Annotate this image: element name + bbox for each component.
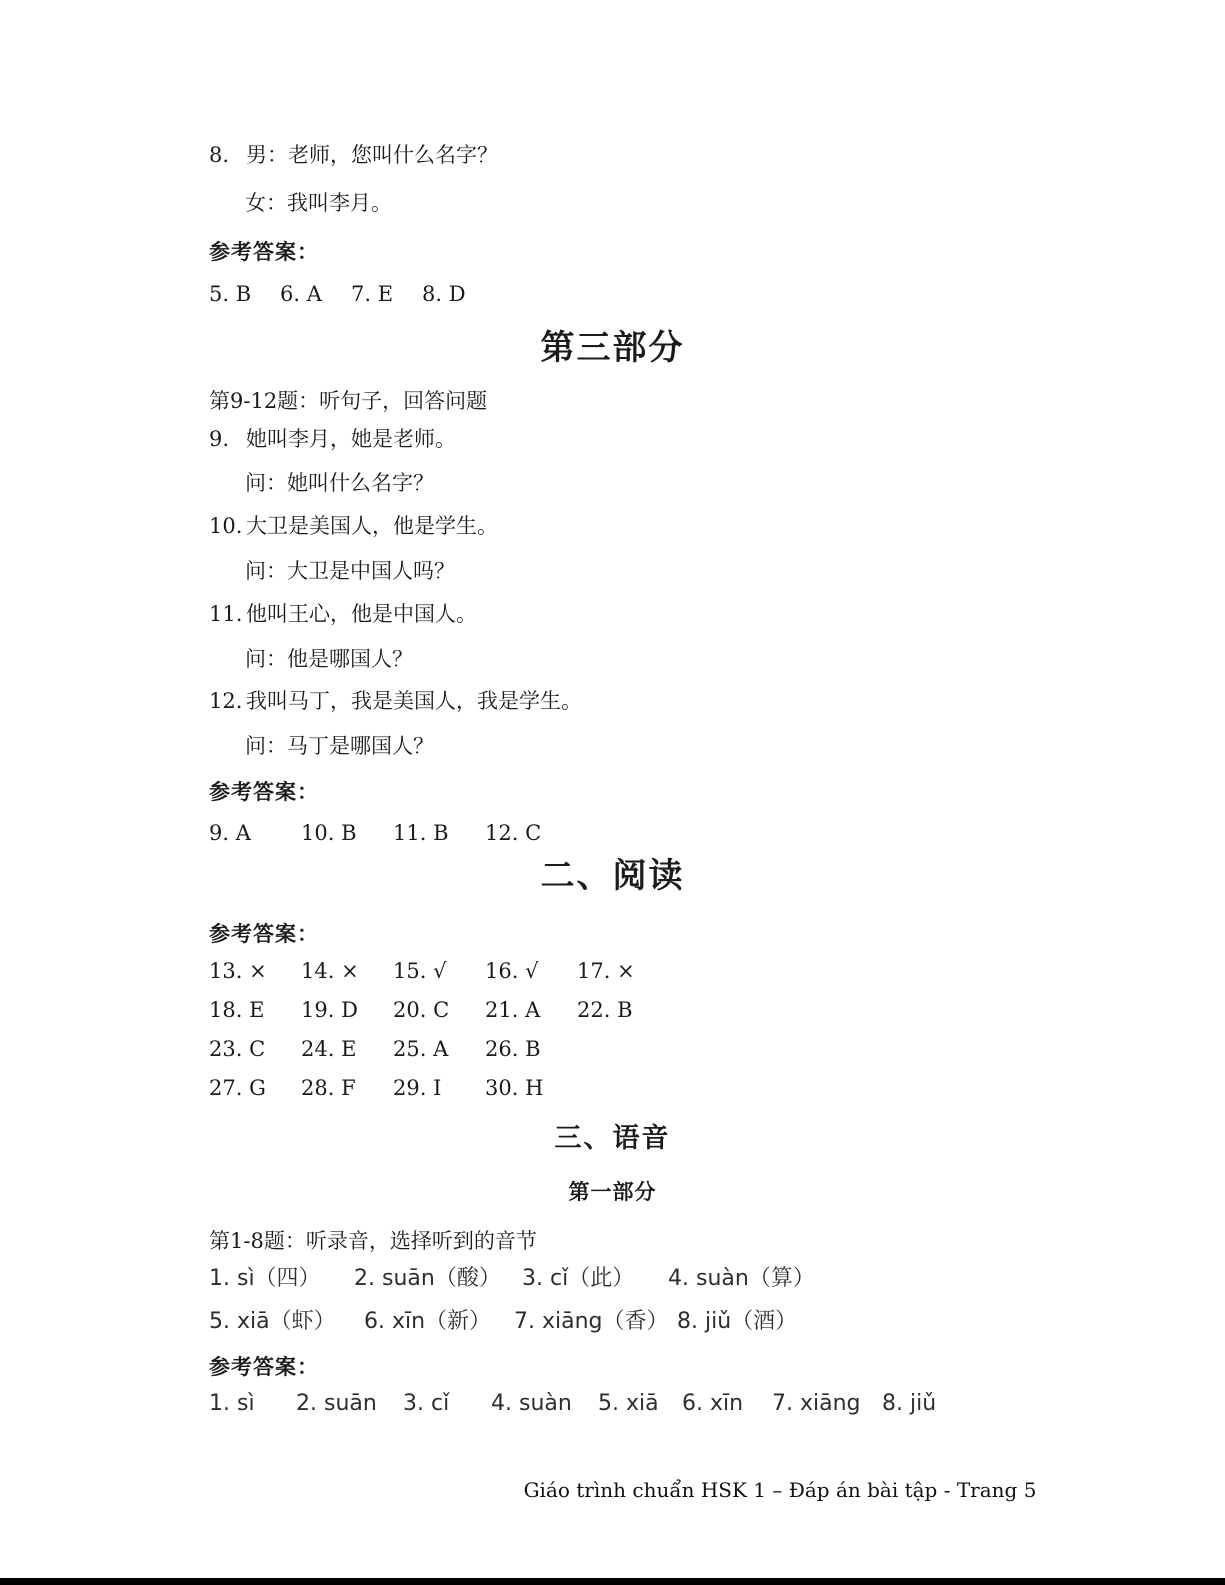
pinyin-question-cell: 5. xiā（虾） (209, 1308, 364, 1337)
pinyin-answer-cell: 3. cǐ (403, 1390, 491, 1419)
item-number: 12. (209, 688, 246, 715)
phonetics-questions-row-5-8: 5. xiā（虾）6. xīn（新）7. xiāng（香）8. jiǔ（酒） (209, 1308, 797, 1337)
answer-cell: 29. I (393, 1075, 485, 1102)
answer-cell: 16. √ (485, 958, 577, 985)
listening-item-12-question: 问：马丁是哪国人？ (245, 733, 434, 760)
listening-item-10-question: 问：大卫是中国人吗？ (245, 558, 455, 585)
answer-cell: 8. D (422, 281, 493, 308)
phonetics-part1-subheading: 第一部分 (0, 1176, 1225, 1206)
document-page: 8.男：老师，您叫什么名字？ 女：我叫李月。 参考答案： 5. B6. A7. … (0, 0, 1225, 1585)
dialog-male-text: 男：老师，您叫什么名字？ (246, 143, 498, 167)
answer-cell: 15. √ (393, 958, 485, 985)
reading-answers-row-27-30: 27. G28. F29. I30. H (209, 1075, 577, 1102)
page-footer: Giáo trình chuẩn HSK 1 – Đáp án bài tập … (524, 1478, 1037, 1502)
listening-item-11-statement: 11.他叫王心，他是中国人。 (209, 601, 477, 628)
answer-cell: 22. B (577, 997, 669, 1024)
reading-answers-row-18-22: 18. E19. D20. C21. A22. B (209, 997, 669, 1024)
answer-cell: 9. A (209, 820, 301, 847)
item-number: 8. (209, 142, 246, 169)
section-heading-reading: 二、阅读 (0, 848, 1225, 897)
phonetics-answers-row: 1. sì2. suān3. cǐ4. suàn5. xiā6. xīn7. x… (209, 1390, 936, 1419)
answer-cell: 6. A (280, 281, 351, 308)
listening-item-8-male-line: 8.男：老师，您叫什么名字？ (209, 142, 498, 169)
answer-cell: 7. E (351, 281, 422, 308)
answer-cell: 11. B (393, 820, 485, 847)
item-number: 11. (209, 601, 246, 628)
phonetics-questions-row-1-4: 1. sì（四）2. suān（酸）3. cǐ（此）4. suàn（算） (209, 1265, 815, 1294)
pinyin-question-cell: 2. suān（酸） (354, 1265, 522, 1294)
answer-cell: 21. A (485, 997, 577, 1024)
pinyin-answer-cell: 1. sì (209, 1390, 296, 1419)
statement-text: 他叫王心，他是中国人。 (246, 602, 477, 626)
item-number: 10. (209, 513, 246, 540)
answer-cell: 12. C (485, 820, 577, 847)
reading-answers-row-23-26: 23. C24. E25. A26. B (209, 1036, 577, 1063)
answer-cell: 13. × (209, 958, 301, 985)
answer-cell: 14. × (301, 958, 393, 985)
listening-item-12-statement: 12.我叫马丁，我是美国人，我是学生。 (209, 688, 582, 715)
answer-cell: 23. C (209, 1036, 301, 1063)
answer-cell: 27. G (209, 1075, 301, 1102)
answer-cell: 17. × (577, 958, 669, 985)
answer-cell: 5. B (209, 281, 280, 308)
answer-cell: 30. H (485, 1075, 577, 1102)
pinyin-answer-cell: 5. xiā (598, 1390, 682, 1419)
pinyin-answer-cell: 4. suàn (491, 1390, 598, 1419)
answers-row-5-8: 5. B6. A7. E8. D (209, 281, 493, 308)
answer-cell: 26. B (485, 1036, 577, 1063)
answer-cell: 24. E (301, 1036, 393, 1063)
item-number: 9. (209, 426, 246, 453)
answer-cell: 25. A (393, 1036, 485, 1063)
pinyin-answer-cell: 2. suān (296, 1390, 403, 1419)
pinyin-answer-cell: 8. jiǔ (882, 1390, 936, 1419)
listening-item-9-statement: 9.她叫李月，她是老师。 (209, 426, 456, 453)
answer-cell: 28. F (301, 1075, 393, 1102)
statement-text: 她叫李月，她是老师。 (246, 427, 456, 451)
listening-item-8-female-line: 女：我叫李月。 (245, 190, 392, 217)
pinyin-question-cell: 4. suàn（算） (668, 1265, 815, 1294)
reference-answers-label: 参考答案： (209, 920, 319, 947)
pinyin-question-cell: 8. jiǔ（酒） (677, 1308, 797, 1337)
listening-item-9-question: 问：她叫什么名字？ (245, 470, 434, 497)
pinyin-question-cell: 7. xiāng（香） (514, 1308, 677, 1337)
listening-item-11-question: 问：他是哪国人？ (245, 646, 413, 673)
pinyin-question-cell: 1. sì（四） (209, 1265, 354, 1294)
statement-text: 大卫是美国人，他是学生。 (246, 514, 498, 538)
section-heading-part3: 第三部分 (0, 320, 1225, 369)
page-bottom-edge (0, 1578, 1225, 1585)
section-heading-phonetics: 三、语音 (0, 1116, 1225, 1155)
pinyin-answer-cell: 6. xīn (682, 1390, 772, 1419)
answer-cell: 19. D (301, 997, 393, 1024)
reference-answers-label: 参考答案： (209, 238, 319, 265)
answers-row-9-12: 9. A10. B11. B12. C (209, 820, 577, 847)
pinyin-question-cell: 6. xīn（新） (364, 1308, 514, 1337)
pinyin-answer-cell: 7. xiāng (772, 1390, 882, 1419)
answer-cell: 18. E (209, 997, 301, 1024)
reference-answers-label: 参考答案： (209, 1353, 319, 1380)
answer-cell: 20. C (393, 997, 485, 1024)
answer-cell: 10. B (301, 820, 393, 847)
reference-answers-label: 参考答案： (209, 778, 319, 805)
phonetics-instructions: 第1-8题：听录音，选择听到的音节 (209, 1228, 537, 1255)
listening-item-10-statement: 10.大卫是美国人，他是学生。 (209, 513, 498, 540)
statement-text: 我叫马丁，我是美国人，我是学生。 (246, 689, 582, 713)
part3-instructions: 第9-12题：听句子，回答问题 (209, 388, 487, 415)
pinyin-question-cell: 3. cǐ（此） (522, 1265, 668, 1294)
reading-answers-row-13-17: 13. ×14. ×15. √16. √17. × (209, 958, 669, 985)
